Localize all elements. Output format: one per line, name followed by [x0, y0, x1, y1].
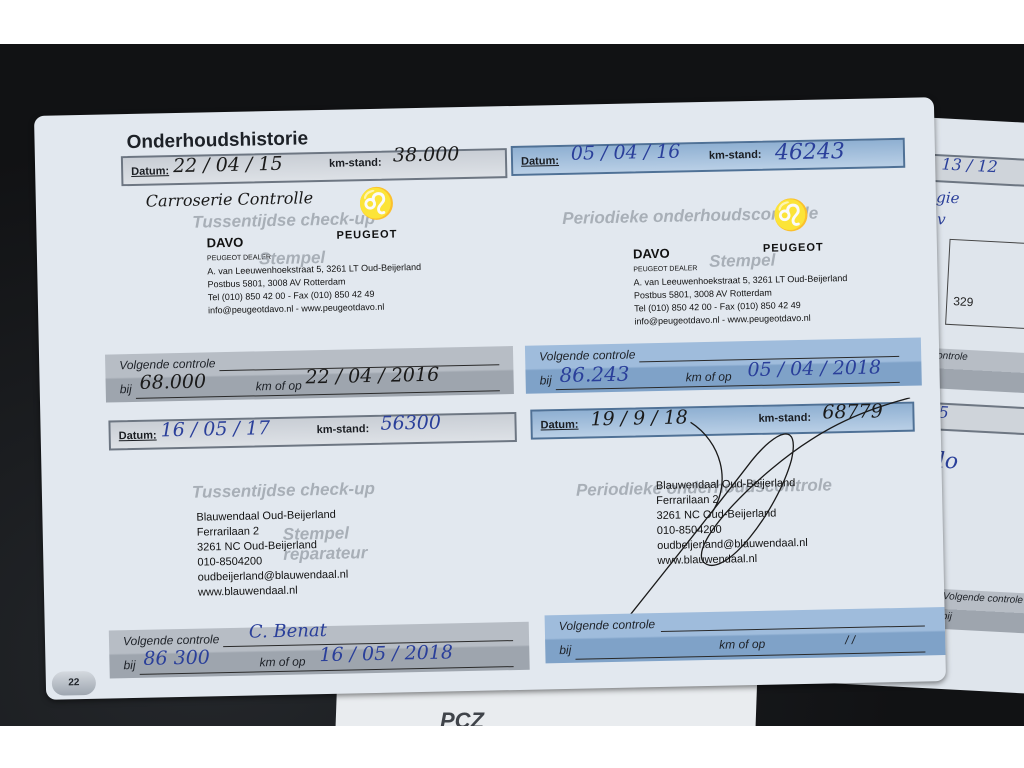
- entry-3-header: Datum: 16 / 05 / 17 km-stand: 56300: [108, 412, 517, 451]
- page-number: 22: [52, 671, 96, 696]
- entry-1-km-stand: 38.000: [393, 143, 460, 166]
- letterbox-top: [0, 0, 1024, 44]
- entry-2-next-km: 86.243: [559, 362, 629, 387]
- letterbox-bottom: [0, 726, 1024, 768]
- entry-2-next-date: 05 / 04 / 2018: [747, 356, 881, 381]
- booklet-page: Onderhoudshistorie Datum: 22 / 04 / 15 k…: [34, 97, 946, 700]
- entry-1-note: Carroserie Controlle: [146, 188, 314, 210]
- entry-3-type: Tussentijdse check-up: [192, 479, 375, 503]
- entry-2-footer: Volgende controle bij 86.243 km of op 05…: [525, 337, 922, 393]
- entry-1-footer: Volgende controle bij 68.000 km of op 22…: [105, 346, 514, 403]
- next-page-datum-1: 13 / 12: [941, 154, 998, 176]
- page-title: Onderhoudshistorie: [126, 128, 308, 154]
- peugeot-lion-icon-2: ♌: [772, 198, 810, 234]
- entry-1-datum: 22 / 04 / 15: [173, 153, 283, 177]
- entry-1-next-km: 68.000: [139, 370, 206, 393]
- next-page-stamp-box: 329: [945, 239, 1024, 329]
- peugeot-lion-icon: ♌: [358, 186, 396, 222]
- entry-2-header: Datum: 05 / 04 / 16 km-stand: 46243: [511, 138, 906, 176]
- entry-1-header: Datum: 22 / 04 / 15 km-stand: 38.000: [121, 148, 508, 186]
- entry-3-footer: Volgende controle C. Benat bij 86 300 km…: [109, 622, 530, 679]
- underlying-paper-text: PCZ: [440, 708, 484, 726]
- entry-4-footer: Volgende controle bij km of op / /: [545, 607, 946, 663]
- photo: PCZ Datum: 13 / 12 * bougie * remv 329 V…: [0, 44, 1024, 726]
- signature: [600, 398, 925, 645]
- entry-3-km-stand: 56300: [380, 412, 441, 435]
- entry-4-next-date: / /: [845, 633, 855, 647]
- entry-1-next-date: 22 / 04 / 2016: [305, 364, 439, 389]
- entry-3-datum: 16 / 05 / 17: [160, 417, 270, 441]
- entry-1-stamp: DAVO PEUGEOT DEALER A. van Leeuwenhoekst…: [207, 232, 422, 317]
- entry-3-volgende-controle: C. Benat: [249, 620, 327, 643]
- entry-3-next-km: 86 300: [143, 646, 210, 669]
- entry-3-next-date: 16 / 05 / 2018: [319, 641, 453, 666]
- entry-2-datum: 05 / 04 / 16: [571, 140, 681, 164]
- entry-2-km-stand: 46243: [775, 139, 846, 165]
- next-page-footer-2: Volgende controle bij: [933, 589, 1024, 634]
